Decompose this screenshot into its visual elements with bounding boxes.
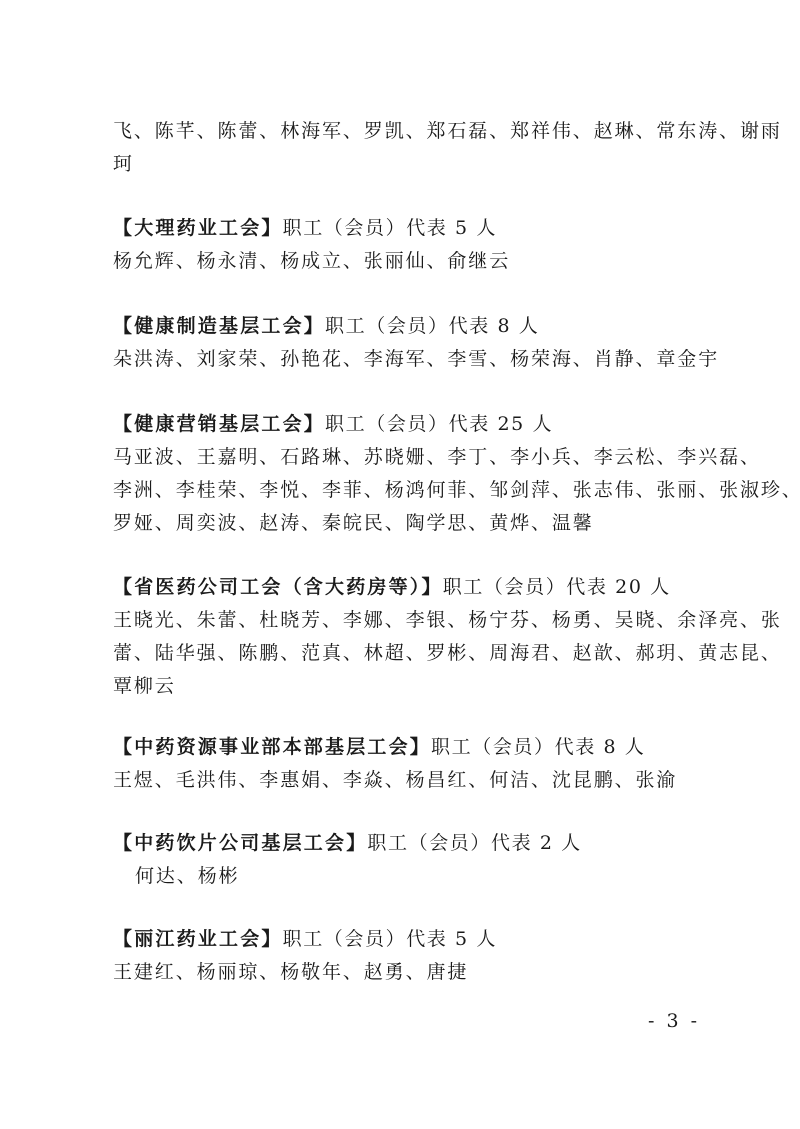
name-line: 何达、杨彬	[113, 860, 582, 893]
name-line: 王煜、毛洪伟、李惠娟、李焱、杨昌红、何洁、沈昆鹏、张渝	[113, 764, 677, 797]
delegate-count: 职工（会员）代表 25 人	[325, 413, 553, 435]
section-header: 【中药饮片公司基层工会】职工（会员）代表 2 人	[113, 827, 582, 860]
section-header: 【健康制造基层工会】职工（会员）代表 8 人	[113, 310, 719, 343]
section-dali-pharma: 【大理药业工会】职工（会员）代表 5 人 杨允辉、杨永清、杨成立、张丽仙、俞继云	[113, 212, 510, 278]
section-health-marketing: 【健康营销基层工会】职工（会员）代表 25 人 马亚波、王嘉明、石路琳、苏晓姗、…	[113, 408, 800, 540]
delegate-count: 职工（会员）代表 5 人	[283, 928, 497, 950]
section-header: 【丽江药业工会】职工（会员）代表 5 人	[113, 923, 497, 956]
union-name: 【大理药业工会】	[113, 217, 283, 239]
name-line: 李洲、李桂荣、李悦、李菲、杨鸿何菲、邹剑萍、张志伟、张丽、张淑珍、	[113, 474, 800, 507]
name-line: 飞、陈芊、陈蕾、林海军、罗凯、郑石磊、郑祥伟、赵琳、常东涛、谢雨	[113, 115, 782, 148]
continued-name-list: 飞、陈芊、陈蕾、林海军、罗凯、郑石磊、郑祥伟、赵琳、常东涛、谢雨 珂	[113, 115, 782, 181]
section-health-manufacturing: 【健康制造基层工会】职工（会员）代表 8 人 朵洪涛、刘家荣、孙艳花、李海军、李…	[113, 310, 719, 376]
union-name: 【丽江药业工会】	[113, 928, 283, 950]
union-name: 【中药饮片公司基层工会】	[113, 832, 367, 854]
section-header: 【大理药业工会】职工（会员）代表 5 人	[113, 212, 510, 245]
delegate-count: 职工（会员）代表 8 人	[431, 736, 645, 758]
name-line: 马亚波、王嘉明、石路琳、苏晓姗、李丁、李小兵、李云松、李兴磊、	[113, 441, 800, 474]
union-name: 【中药资源事业部本部基层工会】	[113, 736, 431, 758]
delegate-count: 职工（会员）代表 2 人	[367, 832, 581, 854]
union-name: 【健康制造基层工会】	[113, 315, 325, 337]
section-lijiang-pharma: 【丽江药业工会】职工（会员）代表 5 人 王建红、杨丽琼、杨敬年、赵勇、唐捷	[113, 923, 497, 989]
name-line: 杨允辉、杨永清、杨成立、张丽仙、俞继云	[113, 245, 510, 278]
section-provincial-pharma-company: 【省医药公司工会（含大药房等）】职工（会员）代表 20 人 王晓光、朱蕾、杜晓芳…	[113, 571, 782, 703]
name-line: 蕾、陆华强、陈鹏、范真、林超、罗彬、周海君、赵歆、郝玥、黄志昆、	[113, 637, 782, 670]
section-tcm-resources-hq: 【中药资源事业部本部基层工会】职工（会员）代表 8 人 王煜、毛洪伟、李惠娟、李…	[113, 731, 677, 797]
union-name: 【健康营销基层工会】	[113, 413, 325, 435]
delegate-count: 职工（会员）代表 8 人	[325, 315, 539, 337]
section-header: 【健康营销基层工会】职工（会员）代表 25 人	[113, 408, 800, 441]
name-line: 罗娅、周奕波、赵涛、秦皖民、陶学思、黄烨、温馨	[113, 507, 800, 540]
union-name: 【省医药公司工会（含大药房等）】	[113, 576, 443, 598]
section-header: 【省医药公司工会（含大药房等）】职工（会员）代表 20 人	[113, 571, 782, 604]
name-line: 王晓光、朱蕾、杜晓芳、李娜、李银、杨宁芬、杨勇、吴晓、余泽亮、张	[113, 604, 782, 637]
delegate-count: 职工（会员）代表 5 人	[283, 217, 497, 239]
page-number: - 3 -	[648, 1010, 700, 1032]
delegate-count: 职工（会员）代表 20 人	[443, 576, 671, 598]
section-tcm-slices-company: 【中药饮片公司基层工会】职工（会员）代表 2 人 何达、杨彬	[113, 827, 582, 893]
section-header: 【中药资源事业部本部基层工会】职工（会员）代表 8 人	[113, 731, 677, 764]
name-line: 朵洪涛、刘家荣、孙艳花、李海军、李雪、杨荣海、肖静、章金宇	[113, 343, 719, 376]
name-line: 王建红、杨丽琼、杨敬年、赵勇、唐捷	[113, 956, 497, 989]
name-line: 珂	[113, 148, 782, 181]
name-line: 覃柳云	[113, 670, 782, 703]
